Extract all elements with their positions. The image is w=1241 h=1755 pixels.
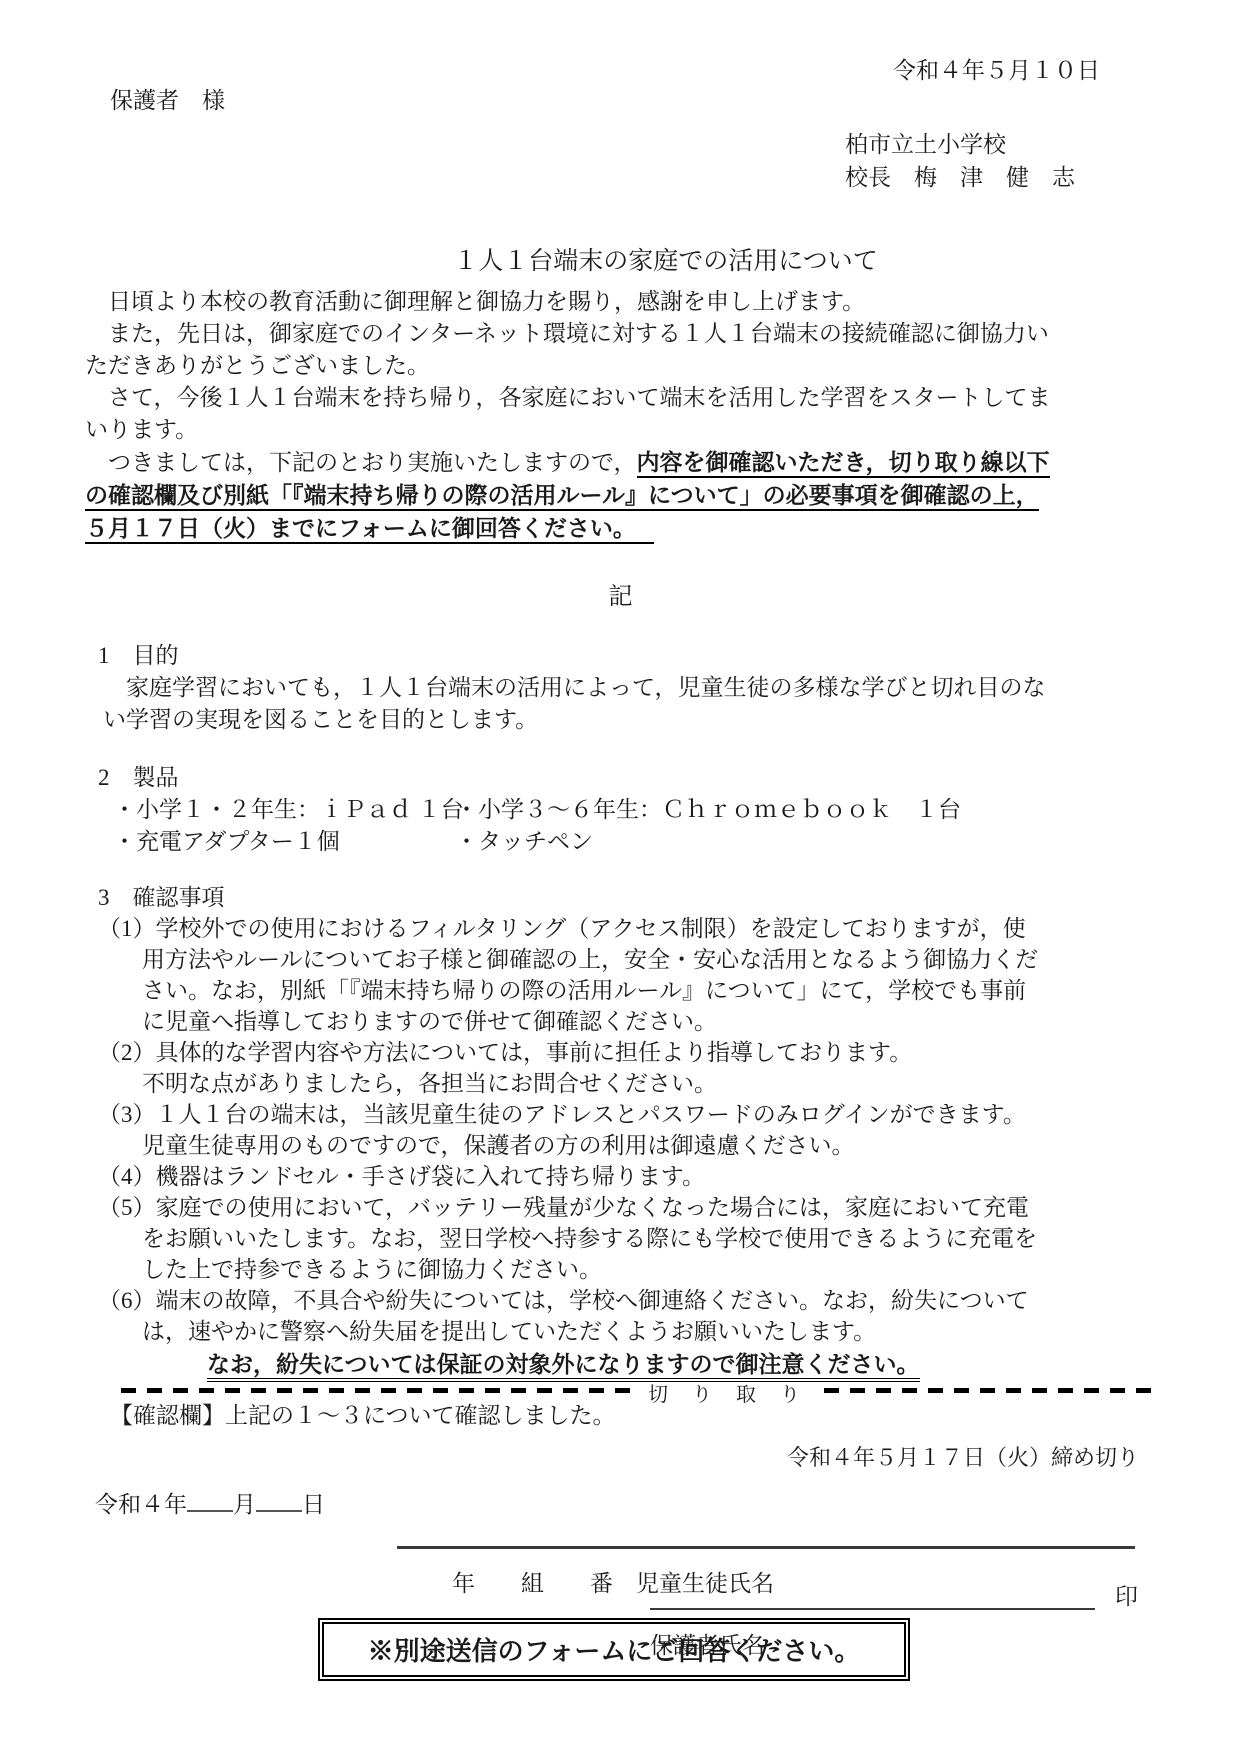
- intro-line: いります。: [85, 414, 1241, 446]
- section1-line: 家庭学習においても，１人１台端末の活用によって，児童生徒の多様な学びと切れ目のな: [103, 672, 1241, 704]
- addressee: 保護者 様: [110, 85, 225, 117]
- day-blank-field: [256, 1486, 302, 1512]
- principal-name: 校長 梅 津 健 志: [845, 161, 1075, 194]
- request-line: ５月１７日（火）までにフォームに御回答ください。: [85, 512, 1241, 545]
- section-products: 2 製品 ・小学１・２年生：ｉＰａｄ １台 ・小学３～６年生：Ｃｈｒｏｍｅｂｏｏ…: [0, 762, 1241, 858]
- reply-date-prefix: 令和４年: [95, 1492, 187, 1517]
- request-line: つきましては，下記のとおり実施いたしますので，内容を御確認いただき，切り取り線以…: [85, 446, 1241, 479]
- deadline-line: 令和４年５月１７日（火）締め切り: [787, 1442, 1139, 1474]
- section3-heading: 3 確認事項: [98, 882, 1241, 913]
- document-title: １人１台端末の家庭での活用について: [90, 241, 1241, 277]
- student-name-field: 年 組 番 児童生徒氏名: [397, 1513, 1135, 1549]
- form-reminder-text: ※別途送信のフォームにご回答ください。: [322, 1622, 906, 1677]
- confirmation-line: 【確認欄】上記の１～３について確認しました。: [110, 1400, 616, 1432]
- check-item-line: （6）端末の故障，不具合や紛失については，学校へ御連絡ください。なお，紛失につい…: [98, 1285, 1241, 1316]
- issue-date: 令和４年５月１０日: [893, 55, 1100, 87]
- check-item-line: 用方法やルールについてお子様と御確認の上，安全・安心な活用となるよう御協力くだ: [142, 944, 1241, 975]
- product-item: ・小学３～６年生：Ｃｈｒｏｍｅｂｏｏｋ １台: [455, 794, 961, 826]
- section1-line: い学習の実現を図ることを目的とします。: [103, 704, 1241, 736]
- reply-date-line: 令和４年月日: [95, 1486, 325, 1521]
- intro-block: 日頃より本校の教育活動に御理解と御協力を賜り，感謝を申し上げます。 また，先日は…: [0, 286, 1241, 545]
- request-emphasis: 内容を御確認いただき，切り取り線以下: [637, 449, 1050, 478]
- month-blank-field: [187, 1486, 233, 1512]
- cut-dashes-right: [824, 1388, 1159, 1393]
- check-item-line: （4）機器はランドセル・手さげ袋に入れて持ち帰ります。: [98, 1161, 1241, 1192]
- school-name: 柏市立土小学校: [845, 128, 1075, 161]
- check-item-line: さい。なお，別紙「『端末持ち帰りの際の活用ルール』について」にて，学校でも事前: [142, 975, 1241, 1006]
- loss-warning-line: なお，紛失については保証の対象外になりますので御注意ください。: [207, 1349, 1241, 1380]
- guardian-name-field: 保護者氏名: [650, 1575, 1095, 1610]
- check-item-line: に児童へ指導しておりますので併せて御確認ください。: [142, 1006, 1241, 1037]
- intro-line: さて，今後１人１台端末を持ち帰り，各家庭において端末を活用した学習をスタートして…: [85, 382, 1241, 414]
- check-item-line: （5）家庭での使用において，バッテリー残量が少なくなった場合には，家庭において充…: [98, 1192, 1241, 1223]
- check-item-line: 不明な点がありましたら，各担当にお問合せください。: [142, 1068, 1241, 1099]
- product-item: ・小学１・２年生：ｉＰａｄ １台: [113, 794, 455, 826]
- section-purpose: 1 目的 家庭学習においても，１人１台端末の活用によって，児童生徒の多様な学びと…: [0, 640, 1241, 736]
- intro-line: ただきありがとうございました。: [85, 350, 1241, 382]
- seal-label: 印: [1115, 1578, 1138, 1611]
- check-item-line: 児童生徒専用のものですので，保護者の方の利用は御遠慮ください。: [142, 1130, 1241, 1161]
- check-item-line: （3）１人１台の端末は，当該児童生徒のアドレスとパスワードのみログインができます…: [98, 1099, 1241, 1130]
- intro-line: また，先日は，御家庭でのインターネット環境に対する１人１台端末の接続確認に御協力…: [85, 318, 1241, 350]
- month-label: 月: [233, 1492, 256, 1517]
- section2-heading: 2 製品: [98, 762, 1241, 794]
- document-page: 令和４年５月１０日 保護者 様 柏市立土小学校 校長 梅 津 健 志 １人１台端…: [0, 0, 1241, 1755]
- sender-block: 柏市立土小学校 校長 梅 津 健 志: [845, 128, 1075, 194]
- check-item-line: をお願いいたします。なお，翌日学校へ持参する際にも学校で使用できるように充電を: [142, 1223, 1241, 1254]
- check-item-line: した上で持参できるように御協力ください。: [142, 1254, 1241, 1285]
- cut-dashes-left: [121, 1388, 634, 1393]
- section1-heading: 1 目的: [98, 640, 1241, 672]
- check-item-line: は，速やかに警察へ紛失届を提出していただくようお願いいたします。: [142, 1316, 1241, 1347]
- check-item-line: （2）具体的な学習内容や方法については，事前に担任より指導しております。: [98, 1037, 1241, 1068]
- request-emphasis: ５月１７日（火）までにフォームに御回答ください。: [85, 515, 654, 544]
- ki-marker: 記: [0, 576, 1241, 611]
- section-check-items: 3 確認事項 （1）学校外での使用におけるフィルタリング（アクセス制限）を設定し…: [0, 882, 1241, 1380]
- request-lead: つきましては，下記のとおり実施いたしますので，: [85, 450, 637, 475]
- day-label: 日: [302, 1492, 325, 1517]
- product-row: ・充電アダプター１個 ・タッチペン: [113, 826, 1241, 858]
- product-row: ・小学１・２年生：ｉＰａｄ １台 ・小学３～６年生：Ｃｈｒｏｍｅｂｏｏｋ １台: [113, 794, 1241, 826]
- form-reminder-box: ※別途送信のフォームにご回答ください。: [318, 1618, 910, 1681]
- intro-line: 日頃より本校の教育活動に御理解と御協力を賜り，感謝を申し上げます。: [85, 286, 1241, 318]
- request-line: の確認欄及び別紙「『端末持ち帰りの際の活用ルール』について」の必要事項を御確認の…: [85, 479, 1241, 512]
- product-item: ・タッチペン: [455, 826, 593, 858]
- check-item-line: （1）学校外での使用におけるフィルタリング（アクセス制限）を設定しておりますが，…: [98, 913, 1241, 944]
- request-emphasis: の確認欄及び別紙「『端末持ち帰りの際の活用ルール』について」の必要事項を御確認の…: [85, 482, 1039, 511]
- product-item: ・充電アダプター１個: [113, 826, 455, 858]
- cut-label: 切 り 取 り: [648, 1378, 802, 1407]
